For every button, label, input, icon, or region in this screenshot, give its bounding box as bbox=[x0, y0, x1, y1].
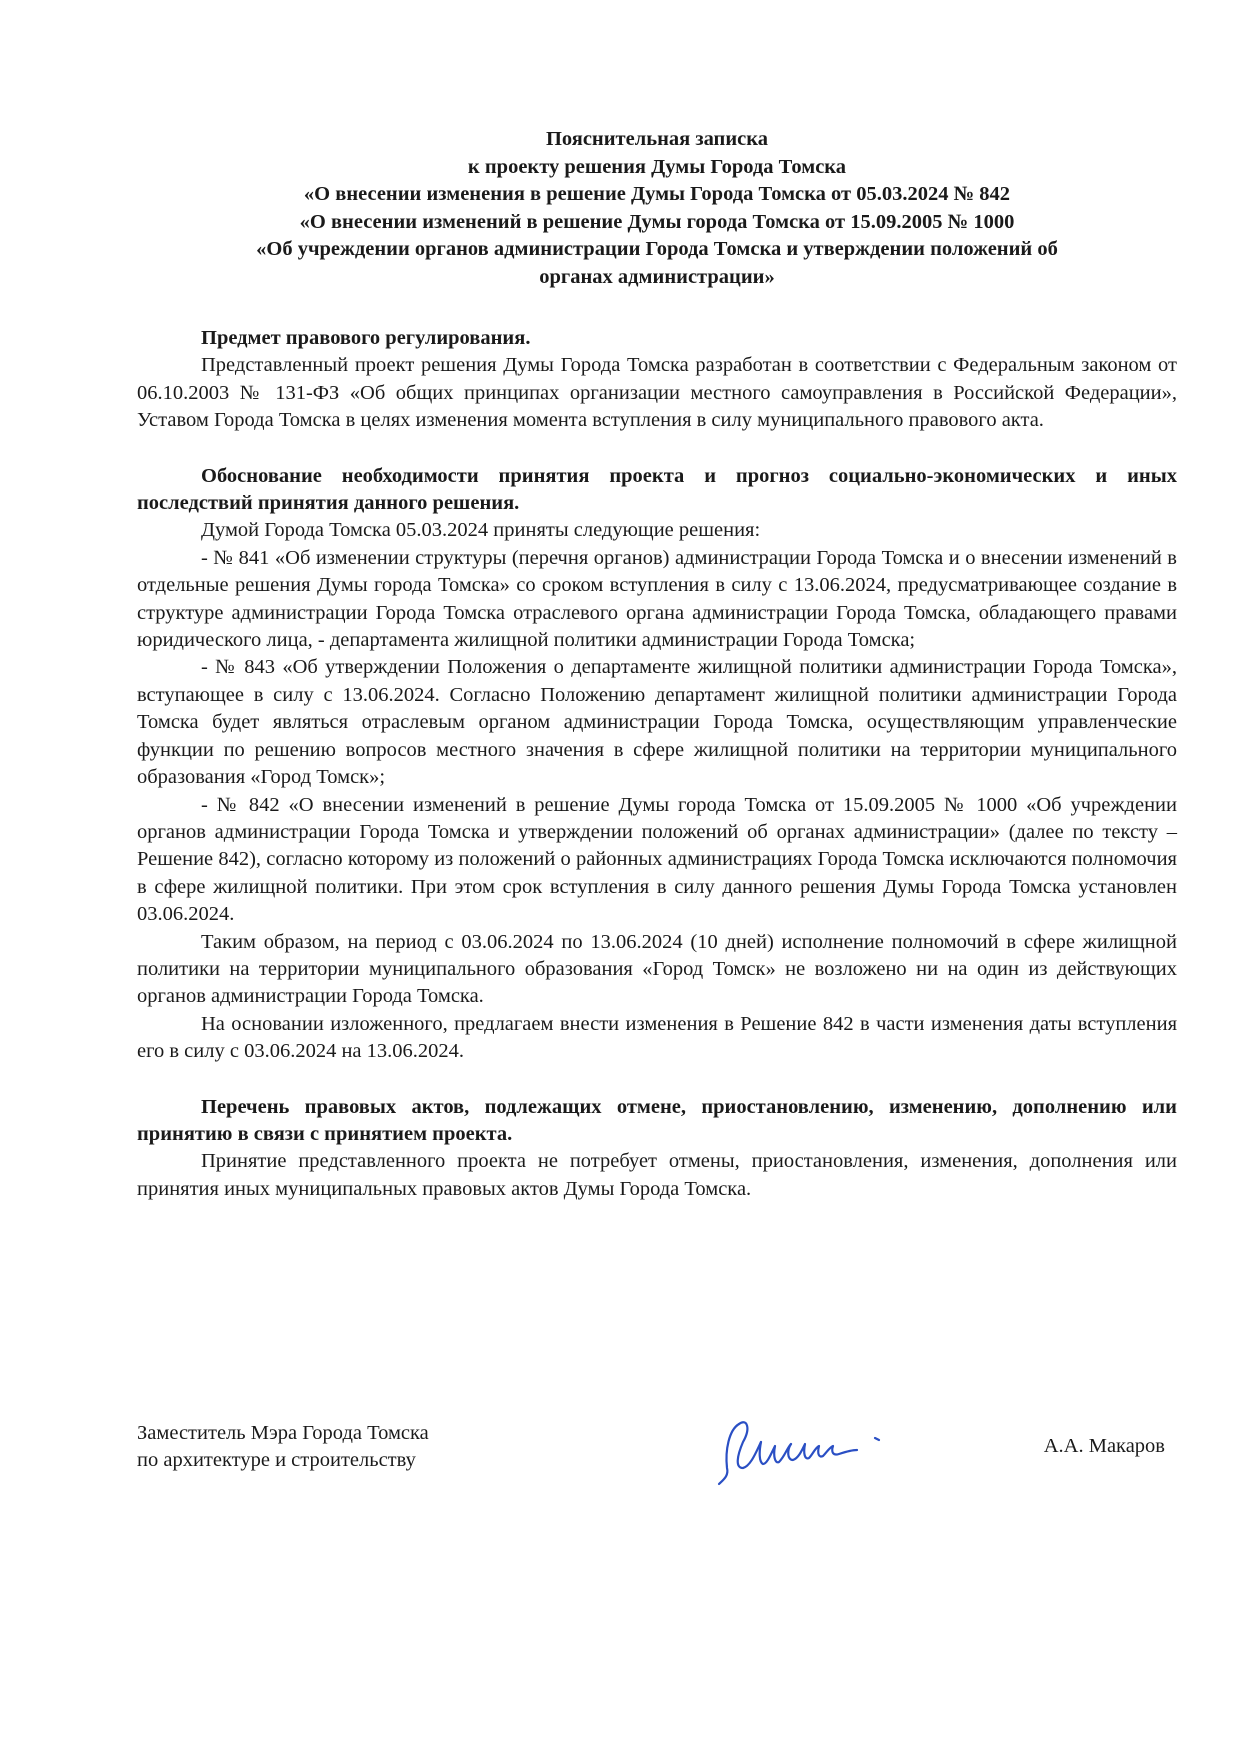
document-page: Пояснительная записка к проекту решения … bbox=[0, 0, 1247, 1748]
paragraph: Таким образом, на период с 03.06.2024 по… bbox=[137, 929, 1177, 1011]
title-line: органах администрации» bbox=[137, 264, 1177, 292]
paragraph: Принятие представленного проекта не потр… bbox=[137, 1148, 1177, 1203]
title-line: «Об учреждении органов администрации Гор… bbox=[137, 236, 1177, 264]
signer-name: А.А. Макаров bbox=[1044, 1433, 1165, 1460]
section-heading: Обоснование необходимости принятия проек… bbox=[137, 463, 1177, 518]
section-heading: Перечень правовых актов, подлежащих отме… bbox=[137, 1094, 1177, 1149]
document-title: Пояснительная записка к проекту решения … bbox=[137, 126, 1177, 292]
paragraph-decision-841: - № 841 «Об изменении структуры (перечня… bbox=[137, 545, 1177, 655]
section-justification: Обоснование необходимости принятия проек… bbox=[137, 463, 1177, 1066]
paragraph-decision-842: - № 842 «О внесении изменений в решение … bbox=[137, 792, 1177, 929]
section-subject: Предмет правового регулирования. Предста… bbox=[137, 325, 1177, 435]
section-heading: Предмет правового регулирования. bbox=[137, 325, 1177, 352]
paragraph: На основании изложенного, предлагаем вне… bbox=[137, 1011, 1177, 1066]
signature-block: Заместитель Мэра Города Томска по архите… bbox=[137, 1420, 1177, 1500]
title-line: Пояснительная записка bbox=[137, 126, 1177, 154]
signer-position-line: по архитектуре и строительству bbox=[137, 1447, 429, 1474]
paragraph: Представленный проект решения Думы Город… bbox=[137, 352, 1177, 434]
handwritten-signature-icon bbox=[717, 1410, 917, 1490]
section-legal-acts: Перечень правовых актов, подлежащих отме… bbox=[137, 1094, 1177, 1204]
paragraph-decision-843: - № 843 «Об утверждении Положения о депа… bbox=[137, 654, 1177, 791]
signer-position: Заместитель Мэра Города Томска по архите… bbox=[137, 1420, 429, 1474]
title-line: к проекту решения Думы Города Томска bbox=[137, 154, 1177, 182]
paragraph: Думой Города Томска 05.03.2024 приняты с… bbox=[137, 517, 1177, 544]
spacer bbox=[137, 435, 1177, 463]
signer-position-line: Заместитель Мэра Города Томска bbox=[137, 1420, 429, 1447]
title-line: «О внесении изменения в решение Думы Гор… bbox=[137, 181, 1177, 209]
spacer bbox=[137, 1066, 1177, 1094]
document-body: Предмет правового регулирования. Предста… bbox=[137, 325, 1177, 1203]
title-line: «О внесении изменений в решение Думы гор… bbox=[137, 209, 1177, 237]
